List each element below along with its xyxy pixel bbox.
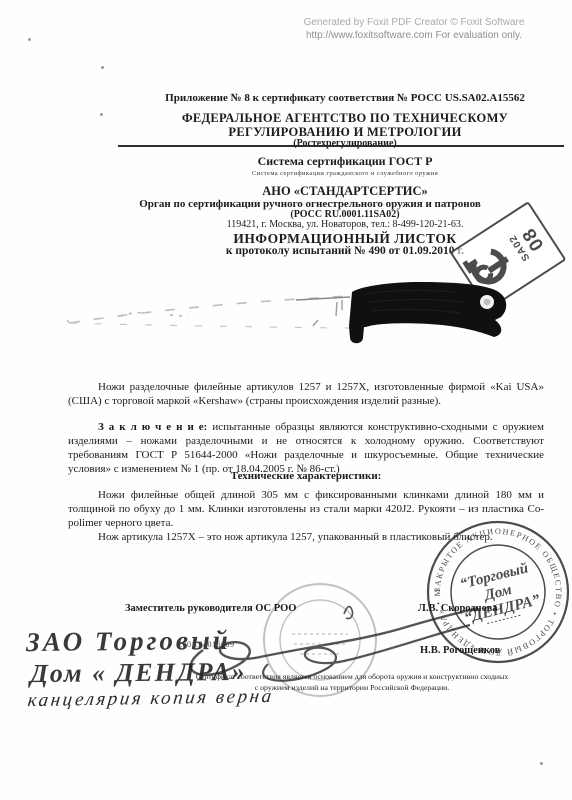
foxit-watermark: Generated by Foxit PDF Creator © Foxit S… (264, 16, 564, 42)
annex-line: Приложение № 8 к сертификату соответстви… (130, 92, 560, 104)
office-stamp-number: 2001.34016609 (178, 640, 235, 649)
org-name: АНО «СТАНДАРТСЕРТИС» (130, 184, 560, 199)
scanned-document-page: Generated by Foxit PDF Creator © Foxit S… (0, 0, 572, 800)
agency-short-name: (Ростехрегулирование) (130, 138, 560, 149)
watermark-line1: Generated by Foxit PDF Creator © Foxit S… (264, 16, 564, 29)
cert-system-title: Система сертификации ГОСТ Р (130, 154, 560, 169)
dendra-round-seal: ЗАКРЫТОЕ АКЦИОНЕРНОЕ ОБЩЕСТВО • ТОРГОВЫЙ… (424, 518, 572, 666)
signer-name-2: Н.В. Рогощенков (420, 645, 500, 656)
signer-role: Заместитель руководителя ОС РОО (125, 603, 296, 614)
conclusion-label: З а к л ю ч е н и е: (98, 421, 207, 433)
tech-specs-heading: Технические характеристики: (68, 470, 544, 482)
scan-speck (28, 38, 31, 41)
signer-name-1: Л.В. Скороднова (418, 603, 498, 614)
conclusion-paragraph: З а к л ю ч е н и е: испытанные образцы … (68, 420, 544, 476)
scan-speck (540, 762, 543, 765)
cert-system-subtitle: Система сертификации гражданского и служ… (130, 170, 560, 177)
footer-note-line1: Сертификат соответствия является основан… (150, 672, 554, 681)
description-paragraph: Ножи разделочные филейные артикулов 1257… (68, 380, 544, 408)
header-divider (118, 145, 564, 147)
scan-speck (101, 66, 104, 69)
agency-name-line1: ФЕДЕРАЛЬНОЕ АГЕНТСТВО ПО ТЕХНИЧЕСКОМУ (130, 111, 560, 126)
scan-speck (100, 113, 103, 116)
watermark-line2: http://www.foxitsoftware.com For evaluat… (264, 29, 564, 42)
knife-photo (56, 276, 542, 356)
description-text: Ножи разделочные филейные артикулов 1257… (68, 380, 544, 408)
footer-note-line2: с оружием изделий на территории Российск… (150, 683, 554, 692)
